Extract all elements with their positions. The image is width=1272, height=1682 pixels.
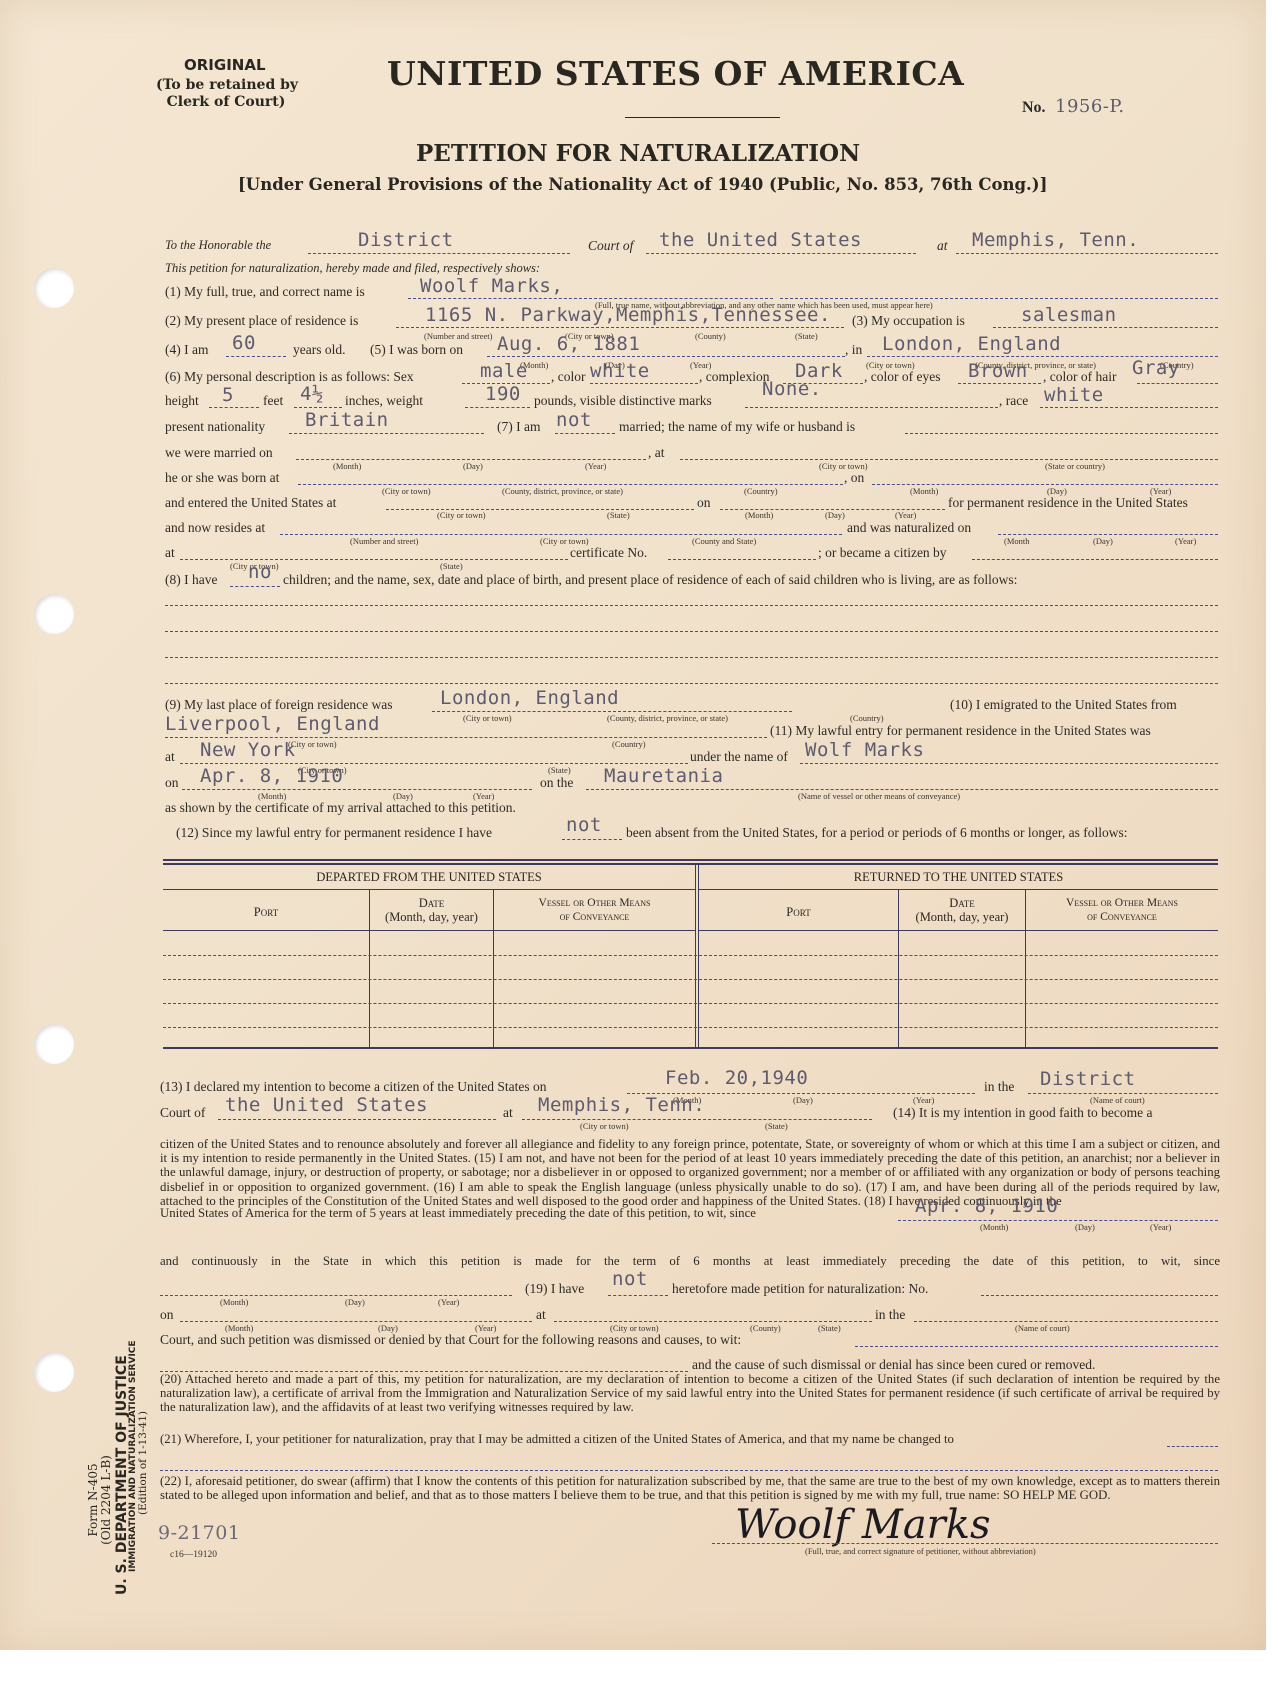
col-date-sub: (Month, day, year) [370, 910, 493, 924]
q18-line: United States of America for the term of… [160, 1206, 756, 1221]
col-date-title: Date [899, 896, 1025, 910]
age-field[interactable]: 60 [232, 332, 256, 354]
hint: (Country) [850, 713, 884, 723]
hint: (Day) [345, 1297, 365, 1307]
table-row[interactable] [163, 955, 1218, 956]
retained-note: (To be retained by Clerk of Court) [156, 77, 296, 111]
q9-label: (9) My last place of foreign residence w… [165, 697, 393, 713]
declared-court-type-field[interactable]: District [1040, 1068, 1136, 1090]
hint: (Day) [463, 461, 483, 471]
edition-note: (Edition of 1-13-41) [137, 1411, 149, 1515]
entry-date-field[interactable]: Apr. 8, 1910 [200, 765, 343, 787]
nationality-label: present nationality [165, 419, 265, 435]
hair-label: , color of hair [1043, 369, 1116, 385]
punch-hole [34, 1352, 74, 1392]
hint: (County and State) [692, 536, 756, 546]
punch-hole [34, 1024, 74, 1064]
col-vessel: Vessel or Other Means of Conveyance [494, 896, 695, 924]
col-date: Date (Month, day, year) [899, 896, 1025, 924]
court-location-field[interactable]: Memphis, Tenn. [972, 229, 1139, 251]
certificate-label: certificate No. [570, 545, 647, 561]
hint: (Country) [744, 486, 778, 496]
state-line: and continuously in the State in which t… [160, 1254, 1220, 1269]
court-type-field[interactable]: District [358, 229, 454, 251]
q7-suffix: married; the name of my wife or husband … [619, 419, 855, 435]
q10-label: (10) I emigrated to the United States fr… [950, 697, 1177, 713]
height-inches-field[interactable]: 4½ [300, 383, 324, 405]
hint: (City or town) [580, 1121, 629, 1131]
court-at-label: at [937, 238, 948, 254]
complexion-label: , complexion [699, 369, 770, 385]
court-name-field[interactable]: the United States [659, 229, 862, 251]
title-rule [625, 117, 780, 118]
page-title: UNITED STATES OF AMERICA [387, 54, 964, 93]
emigrated-from-field[interactable]: Liverpool, England [165, 713, 380, 735]
signature-hint: (Full, true, and correct signature of pe… [805, 1546, 1036, 1556]
q13-label: (13) I declared my intention to become a… [160, 1079, 547, 1095]
hint: (Year) [438, 1297, 459, 1307]
eyes-label: , color of eyes [864, 369, 940, 385]
entered-label: and entered the United States at [165, 495, 336, 511]
full-name-field[interactable]: Woolf Marks, [420, 275, 563, 297]
under-name-label: under the name of [690, 749, 788, 765]
prior-in-the-label: in the [875, 1307, 905, 1323]
q19-suffix: heretofore made petition for naturalizat… [672, 1281, 928, 1297]
col-vessel-sub: of Conveyance [494, 910, 695, 924]
citizen-by-label: ; or became a citizen by [818, 545, 947, 561]
vessel-field[interactable]: Mauretania [604, 765, 723, 787]
act-reference: [Under General Provisions of the Nationa… [238, 175, 1047, 194]
hint: (County) [750, 1323, 781, 1333]
foreign-residence-field[interactable]: London, England [440, 687, 619, 709]
hint: (Year) [913, 1095, 934, 1105]
entered-on-label: on [697, 495, 711, 511]
col-vessel-title: Vessel or Other Means [494, 896, 695, 910]
q20-text: (20) Attached hereto and made a part of … [160, 1372, 1220, 1415]
children-count-field[interactable]: no [248, 561, 272, 583]
petition-document: ORIGINAL (To be retained by Clerk of Cou… [0, 0, 1266, 1650]
hint: (County, district, province, or state) [607, 713, 728, 723]
oath-body-text: citizen of the United States and to reno… [160, 1137, 1220, 1208]
hint: (State) [548, 765, 571, 775]
court-of-label: Court of [160, 1105, 205, 1121]
petition-intro: This petition for naturalization, hereby… [165, 261, 540, 276]
hint: (City or town) [437, 510, 486, 520]
col-date: Date (Month, day, year) [370, 896, 493, 924]
declared-date-field[interactable]: Feb. 20,1940 [665, 1067, 808, 1089]
inches-label: inches, weight [345, 393, 423, 409]
number-label: No. [1022, 99, 1046, 117]
hint: (State) [795, 331, 818, 341]
race-field[interactable]: white [1044, 384, 1104, 406]
prior-on-label: on [160, 1307, 174, 1323]
table-row[interactable] [163, 1003, 1218, 1004]
print-code: c16—19120 [170, 1550, 217, 1560]
in-label: , in [845, 342, 862, 358]
hint: (Month) [980, 1222, 1008, 1232]
birth-place-field[interactable]: London, England [882, 333, 1061, 355]
q6-label: (6) My personal description is as follow… [165, 369, 414, 385]
distinctive-marks-field[interactable]: None. [762, 378, 822, 400]
on-the-label: on the [540, 775, 573, 791]
file-number: 9-21701 [158, 1522, 240, 1544]
hint: (Day) [793, 1095, 813, 1105]
col-vessel: Vessel or Other Means of Conveyance [1026, 896, 1218, 924]
q22-text: (22) I, aforesaid petitioner, do swear (… [160, 1474, 1220, 1502]
prior-at-label: at [536, 1307, 546, 1323]
pounds-label: pounds, visible distinctive marks [534, 393, 712, 409]
entry-at-label: at [165, 749, 175, 765]
hint: (Month [1004, 536, 1030, 546]
weight-field[interactable]: 190 [485, 383, 521, 405]
q1-label: (1) My full, true, and correct name is [165, 284, 365, 300]
petitioner-signature: Woolf Marks [735, 1502, 991, 1548]
hint: (Number and street) [424, 331, 492, 341]
to-honorable-label: To the Honorable the [165, 238, 271, 253]
resides-label: and now resides at [165, 520, 265, 536]
hint: (County, district, province, or state) [502, 486, 623, 496]
resided-since-field[interactable]: Apr. 8, 1910 [915, 1195, 1058, 1217]
hint: (Day) [1075, 1222, 1095, 1232]
form-number: Form N-405 (Old 2204 L-B) [87, 1425, 113, 1575]
hint: (City or town) [382, 486, 431, 496]
court-of-label: Court of [588, 238, 633, 254]
hint: (City or town) [463, 713, 512, 723]
q8-suffix: children; and the name, sex, date and pl… [283, 572, 1017, 588]
q11-label: (11) My lawful entry for permanent resid… [770, 723, 1151, 739]
q8-label: (8) I have [165, 572, 217, 588]
col-port: Port [163, 905, 369, 920]
q12-label: (12) Since my lawful entry for permanent… [176, 825, 492, 841]
birth-date-field[interactable]: Aug. 6, 1881 [497, 333, 640, 355]
eye-color-field[interactable]: Brown [968, 360, 1028, 382]
departed-header: DEPARTED FROM THE UNITED STATES [163, 870, 695, 885]
declared-at-label: at [503, 1105, 513, 1121]
hint: (State) [607, 510, 630, 520]
retained-line2: Clerk of Court) [156, 94, 296, 111]
q7-label: (7) I am [497, 419, 540, 435]
q3-label: (3) My occupation is [852, 313, 965, 329]
hint: (Month) [333, 461, 361, 471]
col-vessel-title: Vessel or Other Means [1026, 896, 1218, 910]
hint: (Name of court) [1015, 1323, 1070, 1333]
hint: (Day) [825, 510, 845, 520]
arrival-text: as shown by the certificate of my arriva… [165, 800, 516, 816]
feet-label: feet [263, 393, 283, 409]
naturalized-label: and was naturalized on [847, 520, 971, 536]
hint: (Month) [910, 486, 938, 496]
table-row[interactable] [163, 979, 1218, 980]
col-port: Port [699, 905, 898, 920]
col-vessel-sub: of Conveyance [1026, 910, 1218, 924]
dismissed-text: Court, and such petition was dismissed o… [160, 1332, 741, 1348]
residence-field[interactable]: 1165 N. Parkway,Memphis,Tennessee. [425, 304, 831, 326]
hint: (Name of vessel or other means of convey… [798, 791, 960, 801]
absent-field[interactable]: not [566, 814, 602, 836]
q21-text: (21) Wherefore, I, your petitioner for n… [160, 1432, 954, 1447]
punch-hole [34, 594, 74, 634]
entry-name-field[interactable]: Wolf Marks [805, 739, 924, 761]
married-on-label: we were married on [165, 445, 273, 461]
hint: (Year) [1175, 536, 1196, 546]
hint: (Country) [612, 739, 646, 749]
punch-hole [34, 268, 74, 308]
hint: (County) [695, 331, 726, 341]
sex-field[interactable]: male [480, 360, 528, 382]
q14-label: (14) It is my intention in good faith to… [893, 1105, 1152, 1121]
petition-subtitle: PETITION FOR NATURALIZATION [416, 140, 860, 167]
spouse-born-label: he or she was born at [165, 470, 279, 486]
petition-number: 1956-P. [1055, 96, 1125, 117]
col-date-title: Date [370, 896, 493, 910]
height-feet-field[interactable]: 5 [222, 384, 234, 406]
married-status-field[interactable]: not [556, 409, 592, 431]
color-label: , color [551, 369, 586, 385]
q4-label: (4) I am [165, 342, 208, 358]
retained-line1: (To be retained by [156, 77, 296, 94]
prior-petition-field[interactable]: not [612, 1268, 648, 1290]
col-date-sub: (Month, day, year) [899, 910, 1025, 924]
occupation-field[interactable]: salesman [1021, 304, 1117, 326]
hint: (Day) [1093, 536, 1113, 546]
hint: (Month) [745, 510, 773, 520]
q19-label: (19) I have [525, 1281, 584, 1297]
height-label: height [165, 393, 199, 409]
nationality-field[interactable]: Britain [305, 409, 389, 431]
q12-suffix: been absent from the United States, for … [626, 825, 1127, 841]
hint: (State) [765, 1121, 788, 1131]
table-row[interactable] [163, 1027, 1218, 1028]
declared-place-field[interactable]: Memphis, Tenn. [538, 1094, 705, 1116]
hint: (State or country) [1045, 461, 1105, 471]
q2-label: (2) My present place of residence is [165, 313, 358, 329]
entered-suffix: for permanent residence in the United St… [948, 495, 1188, 511]
q5-label: (5) I was born on [370, 342, 463, 358]
hint: (Year) [1150, 1222, 1171, 1232]
q4-suffix: years old. [293, 342, 345, 358]
spouse-on-label: , on [844, 470, 864, 486]
hint: (State) [440, 561, 463, 571]
married-at-label: , at [648, 445, 665, 461]
hint: (State) [818, 1323, 841, 1333]
returned-header: RETURNED TO THE UNITED STATES [699, 870, 1218, 885]
original-label: ORIGINAL [184, 56, 266, 74]
form-line2: (Old 2204 L-B) [100, 1425, 113, 1575]
entry-place-field[interactable]: New York [200, 739, 296, 761]
hint: (Name of court) [1090, 1095, 1145, 1105]
color-field[interactable]: white [590, 360, 650, 382]
at2-label: at [165, 545, 175, 561]
race-label: , race [999, 393, 1028, 409]
in-the-label: in the [984, 1079, 1014, 1095]
entry-on-label: on [165, 775, 179, 791]
hair-color-field[interactable]: Gray [1132, 357, 1180, 379]
cured-text: and the cause of such dismissal or denia… [692, 1357, 1095, 1373]
hint: (Number and street) [350, 536, 418, 546]
hint: (Year) [585, 461, 606, 471]
hint: (Month) [220, 1297, 248, 1307]
declared-court-field[interactable]: the United States [225, 1094, 428, 1116]
hint: (Year) [895, 510, 916, 520]
